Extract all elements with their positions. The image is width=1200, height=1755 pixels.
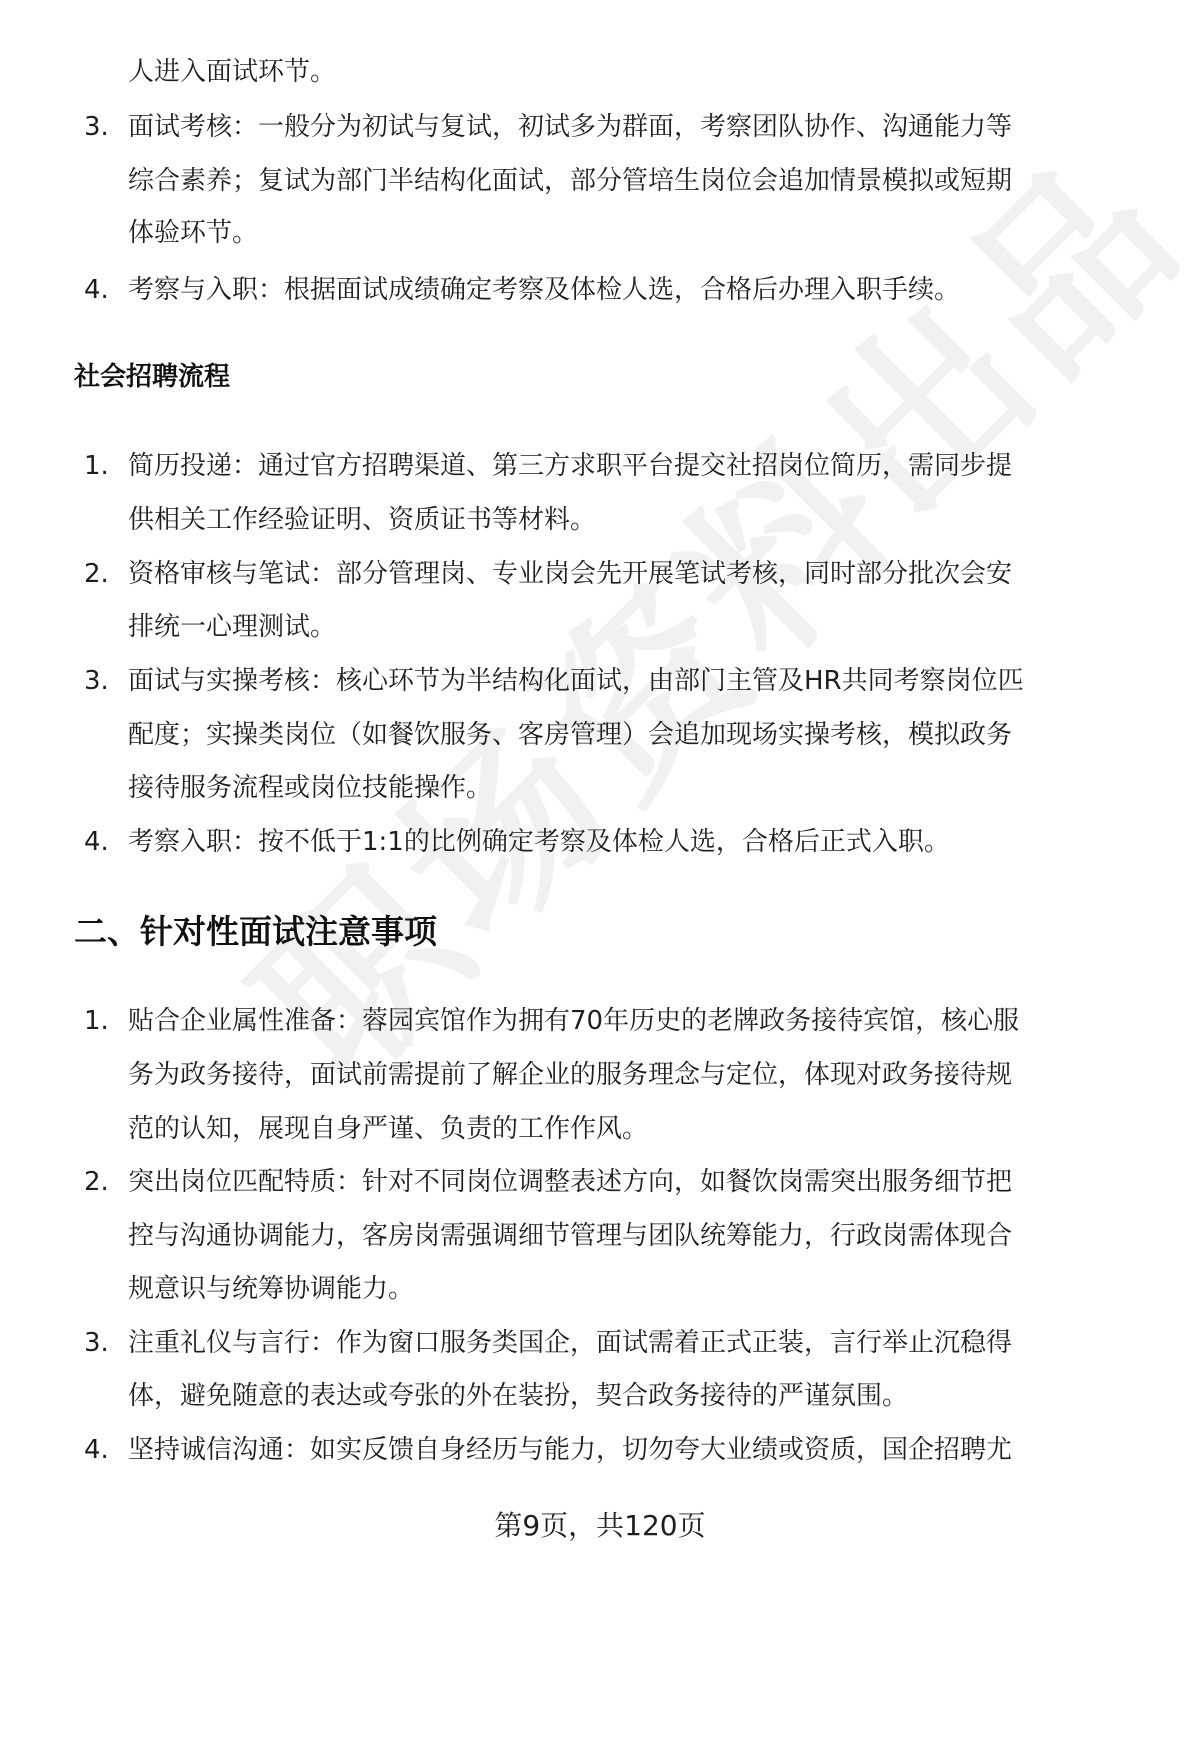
list-item-line: 规意识与统筹协调能力。 xyxy=(128,1272,414,1306)
list-item-line: 资格审核与笔试：部分管理岗、专业岗会先开展笔试考核，同时部分批次会安 xyxy=(128,557,1012,591)
list-number: 3. xyxy=(84,664,109,698)
subsection-title: 社会招聘流程 xyxy=(74,360,230,394)
document-page: 人进入面试环节。 3. 面试考核：一般分为初试与复试，初试多为群面，考察团队协作… xyxy=(0,0,1200,1755)
list-number: 3. xyxy=(84,110,109,144)
list-item-line: 范的认知，展现自身严谨、负责的工作作风。 xyxy=(128,1112,648,1146)
paragraph-continuation: 人进入面试环节。 xyxy=(128,55,336,89)
list-item-line: 注重礼仪与言行：作为窗口服务类国企，面试需着正式正装，言行举止沉稳得 xyxy=(128,1326,1012,1360)
list-number: 1. xyxy=(84,1004,109,1038)
list-item-line: 综合素养；复试为部门半结构化面试，部分管培生岗位会追加情景模拟或短期 xyxy=(128,164,1012,198)
page-number: 第9页，共120页 xyxy=(0,1509,1200,1543)
list-number: 2. xyxy=(84,557,109,591)
list-item-line: 贴合企业属性准备：蓉园宾馆作为拥有70年历史的老牌政务接待宾馆，核心服 xyxy=(128,1004,1019,1038)
list-number: 4. xyxy=(84,273,109,307)
list-number: 4. xyxy=(84,825,109,859)
list-item-line: 面试考核：一般分为初试与复试，初试多为群面，考察团队协作、沟通能力等 xyxy=(128,110,1012,144)
section-heading: 二、针对性面试注意事项 xyxy=(74,912,437,952)
list-item-line: 考察与入职：根据面试成绩确定考察及体检人选，合格后办理入职手续。 xyxy=(128,273,960,307)
list-item-line: 突出岗位匹配特质：针对不同岗位调整表述方向，如餐饮岗需突出服务细节把 xyxy=(128,1165,1012,1199)
list-item-line: 务为政务接待，面试前需提前了解企业的服务理念与定位，体现对政务接待规 xyxy=(128,1058,1012,1092)
list-item-line: 接待服务流程或岗位技能操作。 xyxy=(128,771,492,805)
list-item-line: 面试与实操考核：核心环节为半结构化面试，由部门主管及HR共同考察岗位匹 xyxy=(128,664,1024,698)
list-number: 4. xyxy=(84,1433,109,1467)
list-item-line: 配度；实操类岗位（如餐饮服务、客房管理）会追加现场实操考核，模拟政务 xyxy=(128,718,1012,752)
list-number: 3. xyxy=(84,1326,109,1360)
list-number: 2. xyxy=(84,1165,109,1199)
list-item-line: 供相关工作经验证明、资质证书等材料。 xyxy=(128,503,596,537)
list-item-line: 体，避免随意的表达或夸张的外在装扮，契合政务接待的严谨氛围。 xyxy=(128,1379,908,1413)
list-number: 1. xyxy=(84,449,109,483)
list-item-line: 考察入职：按不低于1:1的比例确定考察及体检人选，合格后正式入职。 xyxy=(128,825,950,859)
list-item-line: 排统一心理测试。 xyxy=(128,610,336,644)
list-item-line: 控与沟通协调能力，客房岗需强调细节管理与团队统筹能力，行政岗需体现合 xyxy=(128,1219,1012,1253)
list-item-line: 坚持诚信沟通：如实反馈自身经历与能力，切勿夸大业绩或资质，国企招聘尤 xyxy=(128,1433,1012,1467)
list-item-line: 简历投递：通过官方招聘渠道、第三方求职平台提交社招岗位简历，需同步提 xyxy=(128,449,1012,483)
list-item-line: 体验环节。 xyxy=(128,216,258,250)
